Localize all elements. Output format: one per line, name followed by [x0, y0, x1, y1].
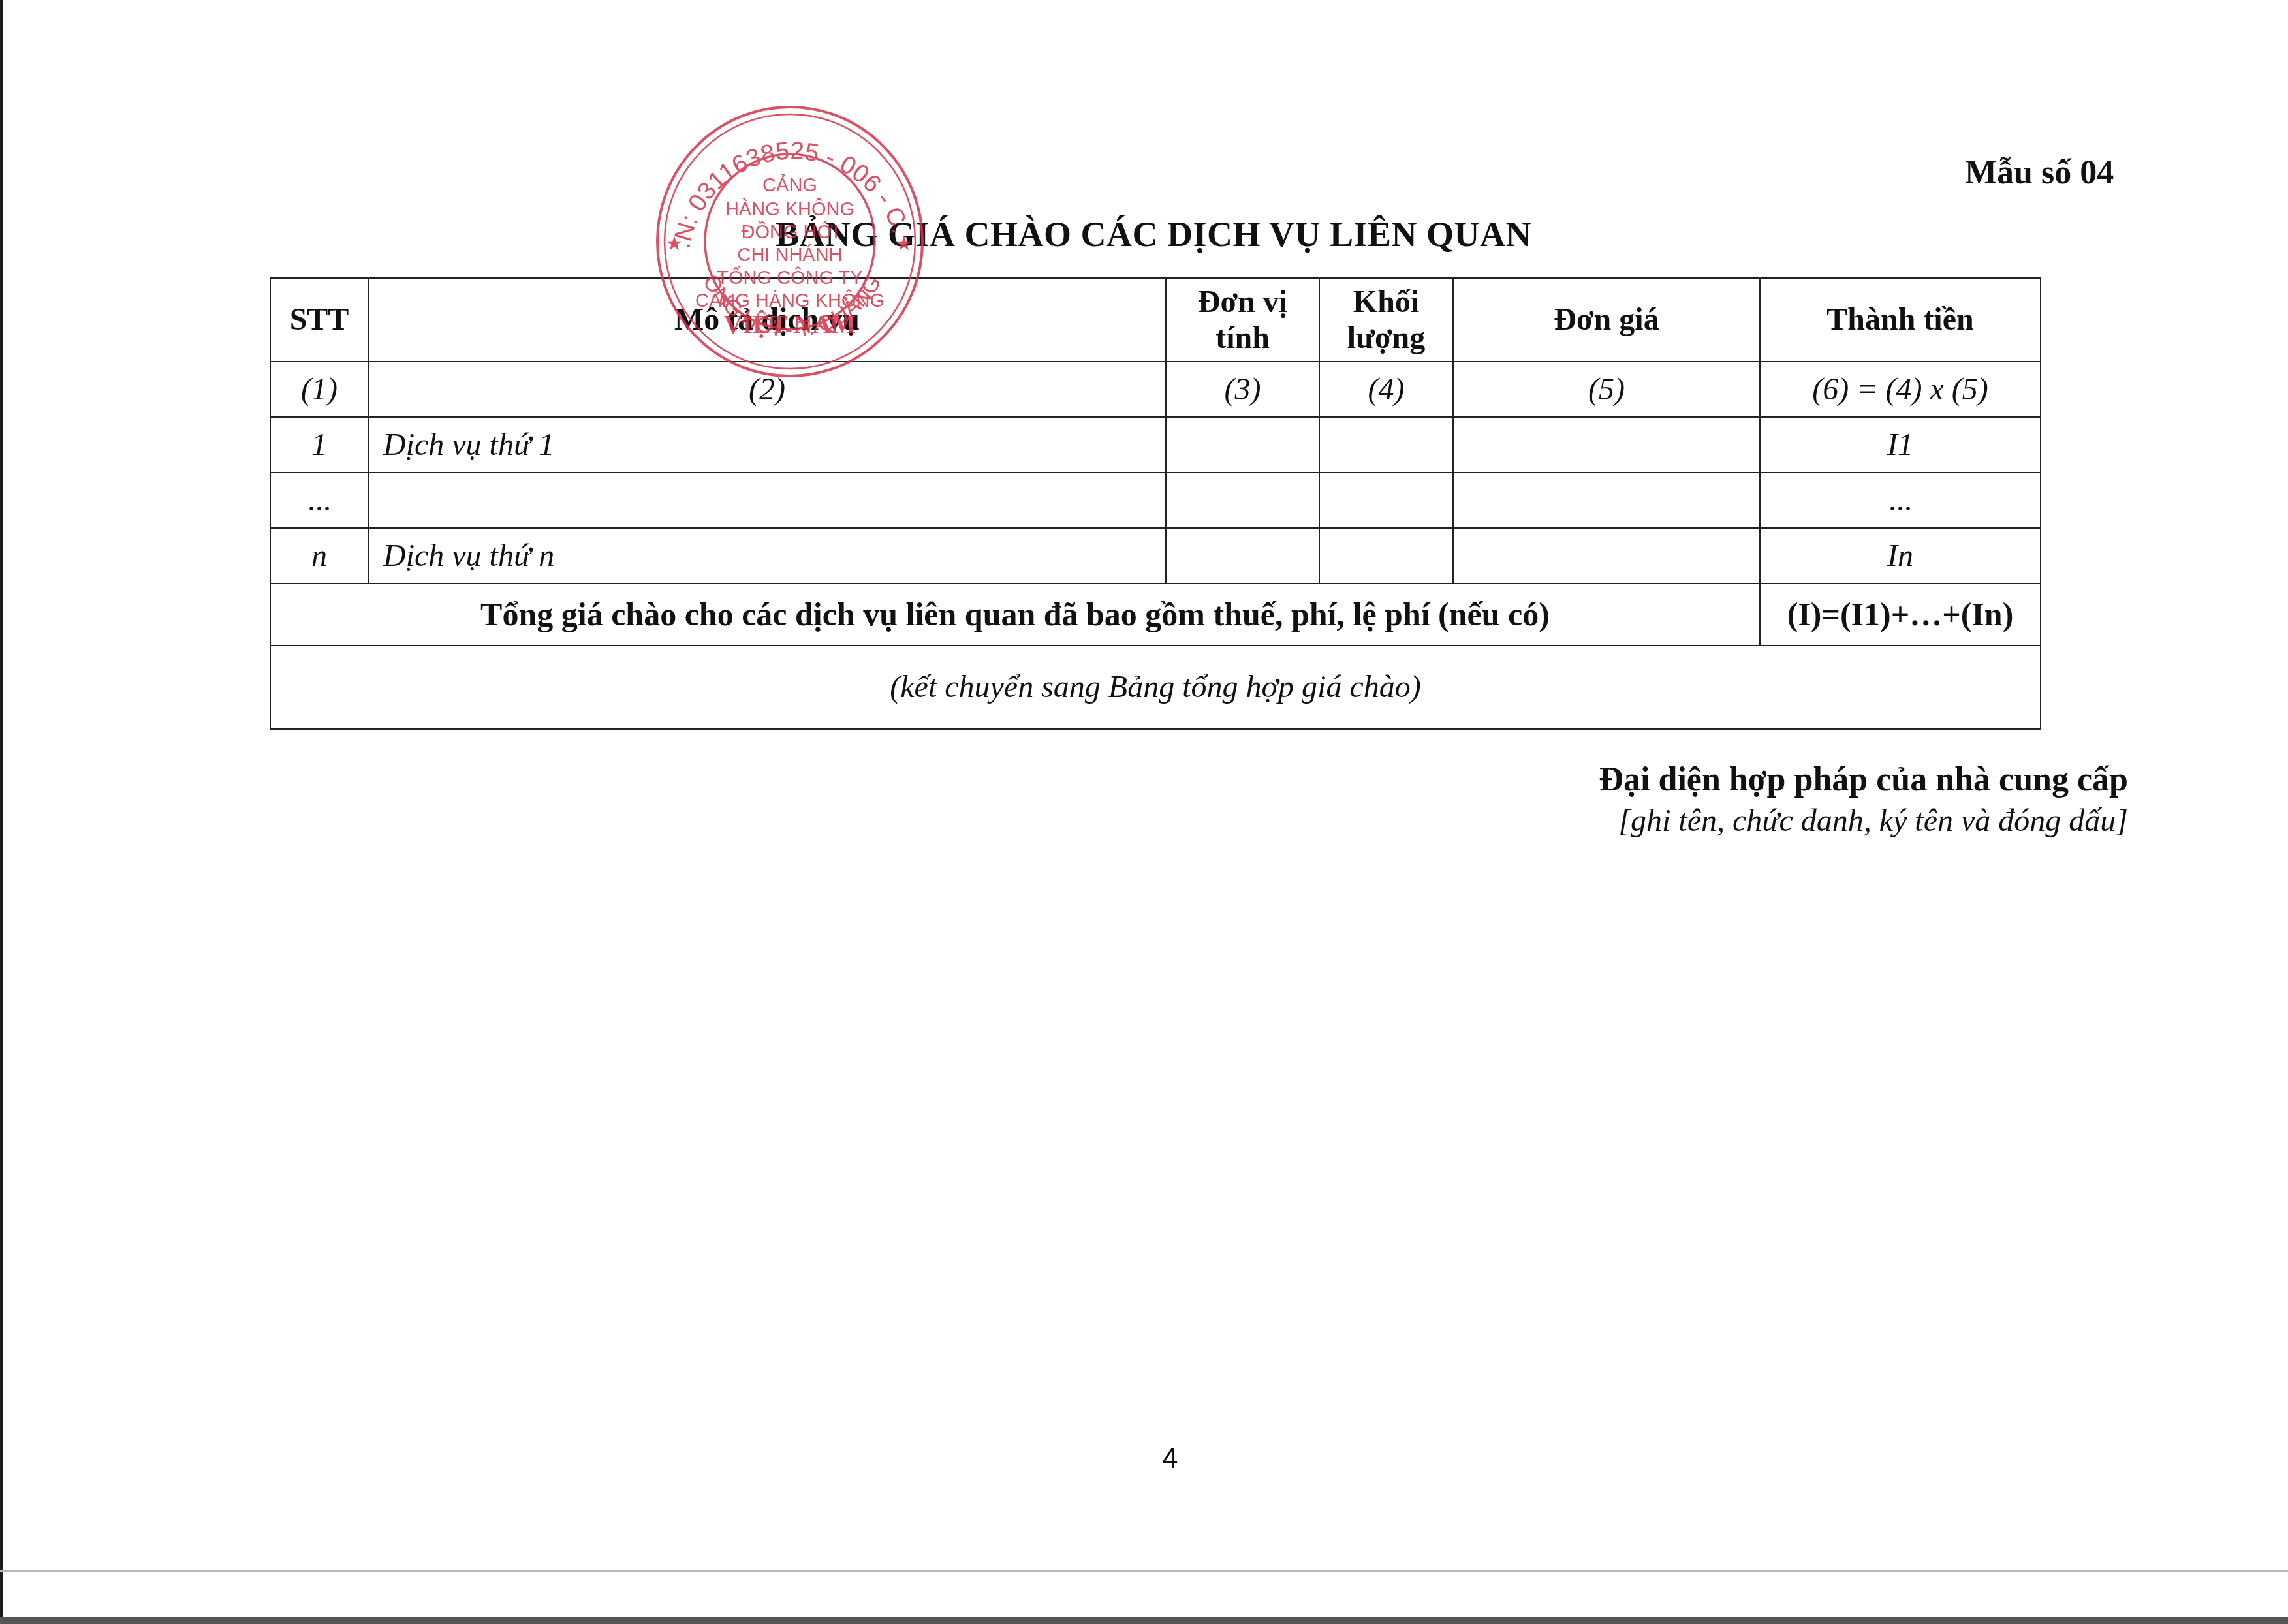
header-unit-price: Đơn giá [1453, 278, 1760, 362]
row-quantity [1319, 528, 1453, 584]
price-table: STT Mô tả dịch vụ Đơn vị tính Khối lượng… [270, 277, 2041, 730]
row-unit-price [1453, 417, 1760, 473]
row-description [368, 473, 1166, 528]
svg-text:CẢNG: CẢNG [762, 174, 817, 196]
row-quantity [1319, 473, 1453, 528]
scan-bottom-band [0, 1617, 2288, 1624]
row-stt: ... [270, 473, 368, 528]
header-unit-text: Đơn vị tính [1187, 284, 1298, 356]
row-unit [1166, 473, 1319, 528]
column-number-row: (1) (2) (3) (4) (5) (6) = (4) x (5) [270, 362, 2041, 417]
scan-left-edge [0, 0, 3, 1624]
page-number: 4 [1162, 1443, 1178, 1475]
colnum-1: (1) [270, 362, 368, 417]
header-unit: Đơn vị tính [1166, 278, 1319, 362]
signature-role: Đại diện hợp pháp của nhà cung cấp [1599, 760, 2128, 799]
form-code: Mẫu số 04 [1965, 153, 2114, 192]
row-amount: ... [1760, 473, 2041, 528]
row-unit [1166, 417, 1319, 473]
row-stt: n [270, 528, 368, 584]
table-header-row: STT Mô tả dịch vụ Đơn vị tính Khối lượng… [270, 278, 2041, 362]
table-row: ... ... [270, 473, 2041, 528]
header-quantity-text: Khối lượng [1334, 284, 1439, 356]
colnum-3: (3) [1166, 362, 1319, 417]
header-description: Mô tả dịch vụ [368, 278, 1166, 362]
row-quantity [1319, 417, 1453, 473]
row-stt: 1 [270, 417, 368, 473]
svg-text:★: ★ [666, 233, 683, 255]
table-row: n Dịch vụ thứ n In [270, 528, 2041, 584]
header-amount: Thành tiền [1760, 278, 2041, 362]
colnum-6: (6) = (4) x (5) [1760, 362, 2041, 417]
row-unit-price [1453, 528, 1760, 584]
colnum-5: (5) [1453, 362, 1760, 417]
total-row: Tổng giá chào cho các dịch vụ liên quan … [270, 584, 2041, 646]
row-description: Dịch vụ thứ 1 [368, 417, 1166, 473]
table-row: 1 Dịch vụ thứ 1 I1 [270, 417, 2041, 473]
row-amount: In [1760, 528, 2041, 584]
total-value: (I)=(I1)+…+(In) [1760, 584, 2041, 646]
row-unit [1166, 528, 1319, 584]
row-amount: I1 [1760, 417, 2041, 473]
colnum-4: (4) [1319, 362, 1453, 417]
scan-bottom-line [0, 1570, 2288, 1572]
document-title: BẢNG GIÁ CHÀO CÁC DỊCH VỤ LIÊN QUAN [776, 214, 1531, 255]
colnum-2: (2) [368, 362, 1166, 417]
signature-block: Đại diện hợp pháp của nhà cung cấp [ghi … [1599, 760, 2128, 839]
signature-hint: [ghi tên, chức danh, ký tên và đóng dấu] [1599, 803, 2128, 839]
carry-over-note: (kết chuyển sang Bảng tổng hợp giá chào) [270, 646, 2041, 729]
row-unit-price [1453, 473, 1760, 528]
header-quantity: Khối lượng [1319, 278, 1453, 362]
note-row: (kết chuyển sang Bảng tổng hợp giá chào) [270, 646, 2041, 729]
total-label: Tổng giá chào cho các dịch vụ liên quan … [270, 584, 1760, 646]
row-description: Dịch vụ thứ n [368, 528, 1166, 584]
header-stt: STT [270, 278, 368, 362]
